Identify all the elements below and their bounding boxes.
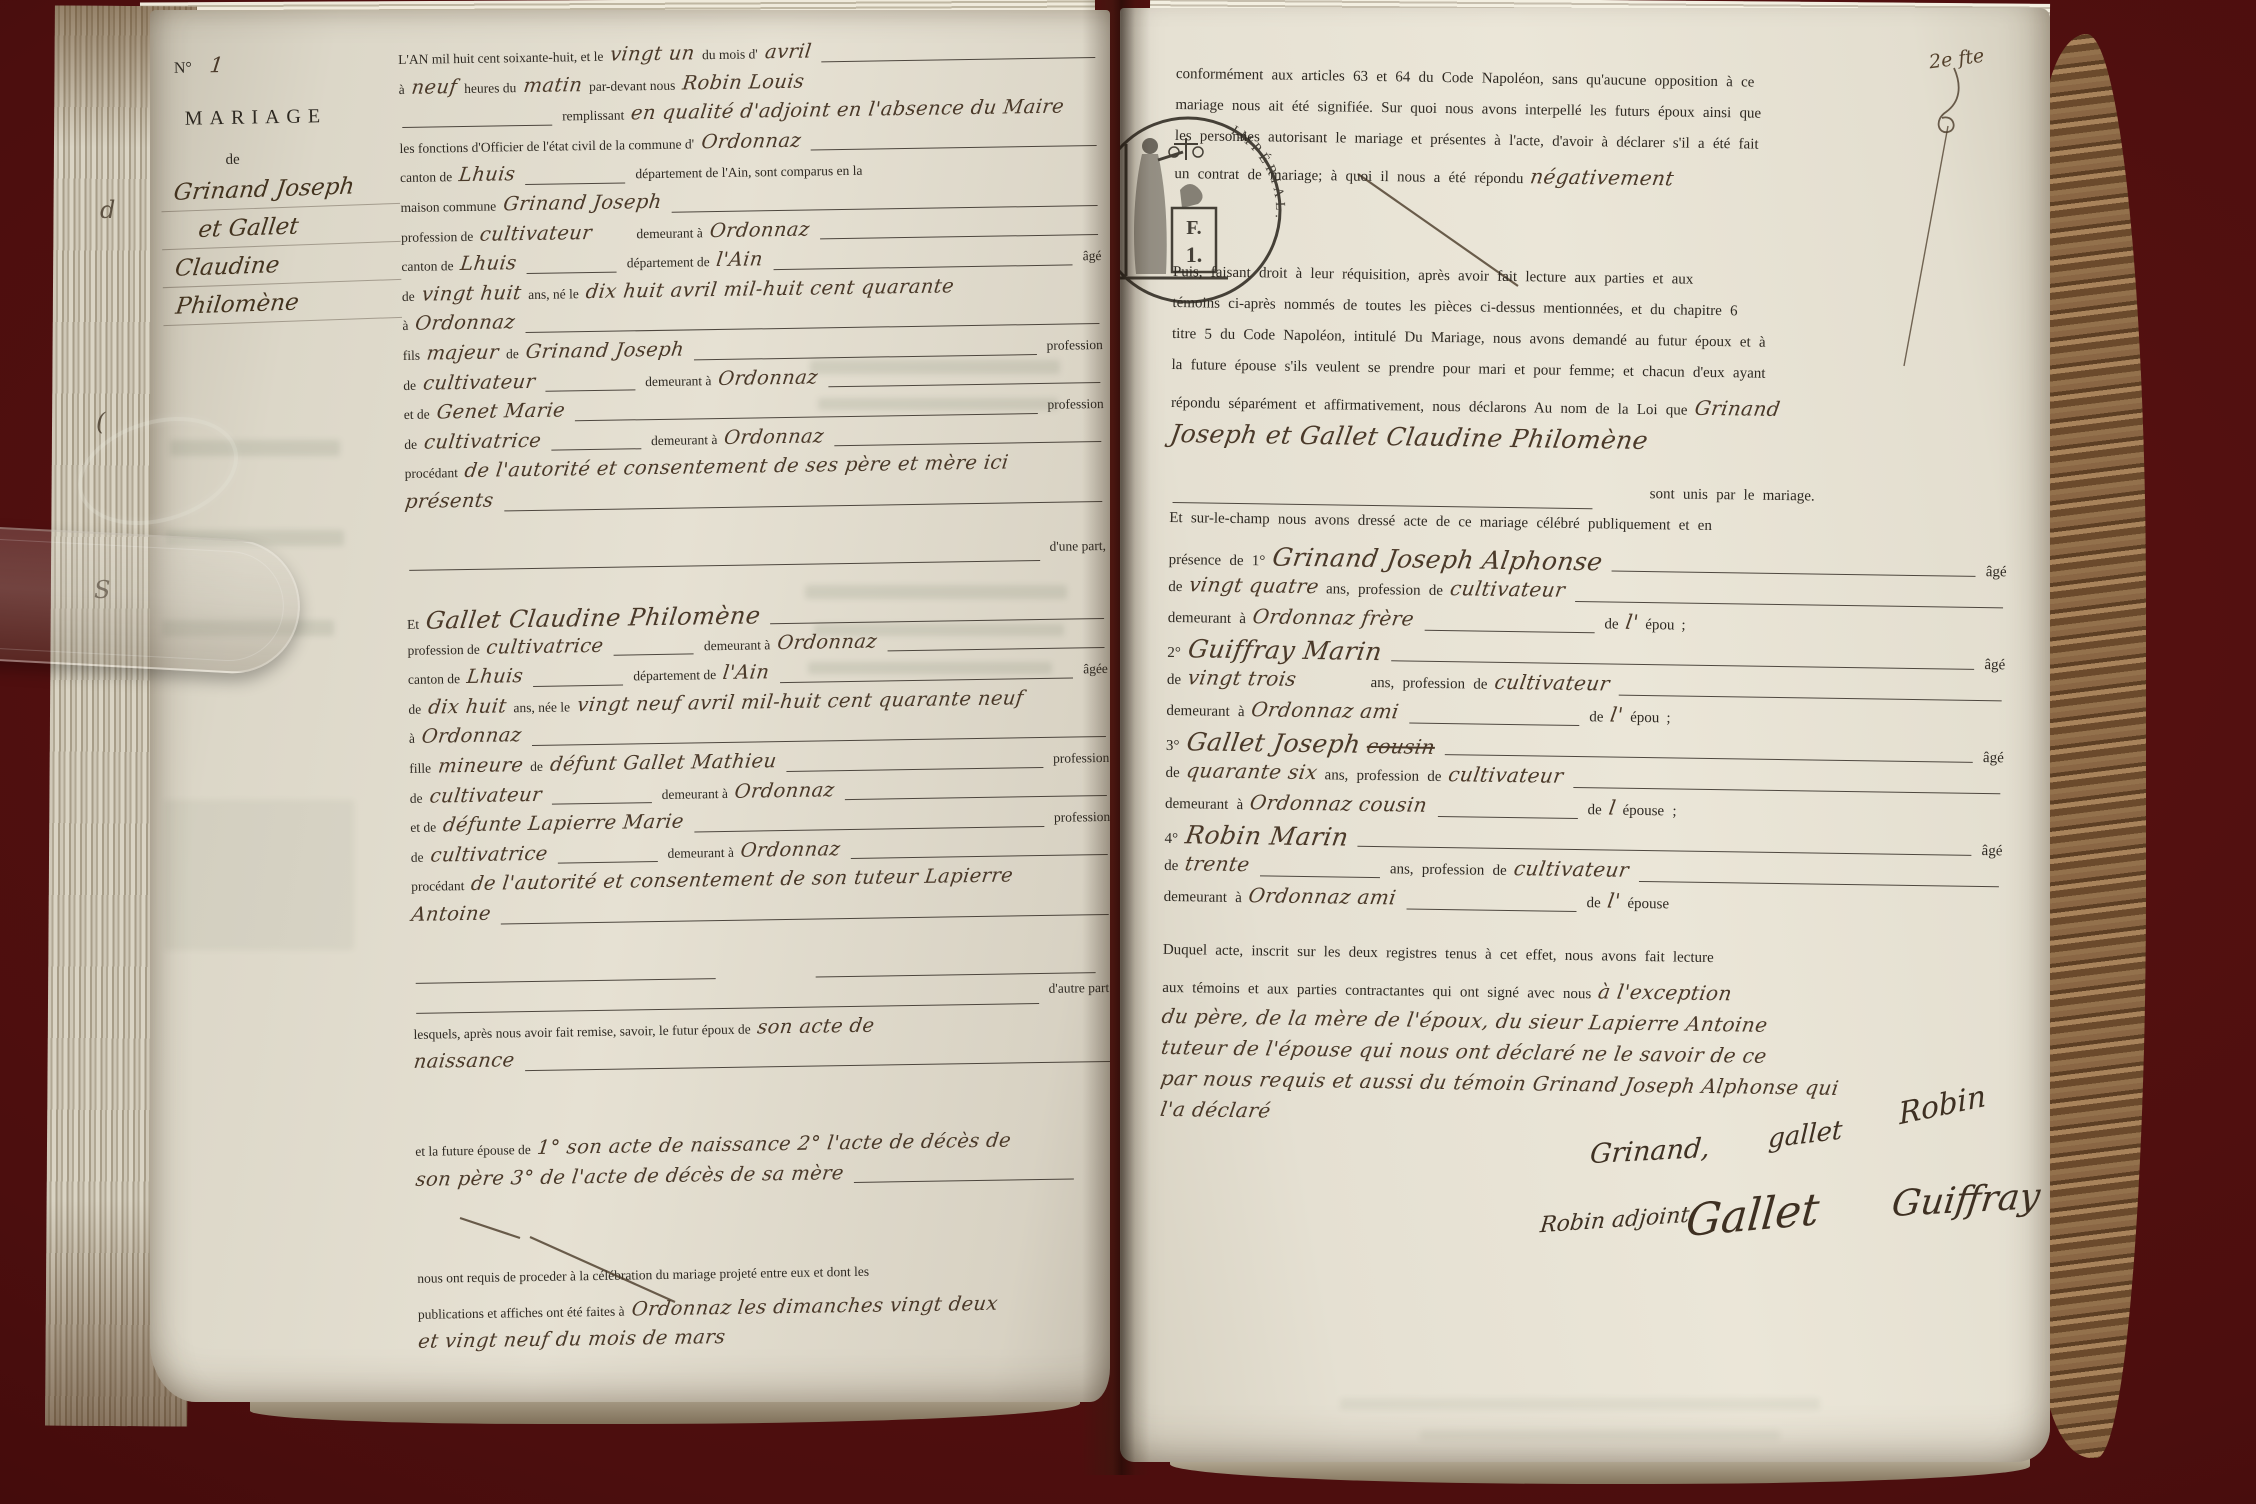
handwritten-text: Ordonnaz bbox=[414, 311, 517, 336]
printed-text: ans, profession de bbox=[1390, 861, 1507, 880]
printed-text: de bbox=[1587, 802, 1601, 819]
printed-text: Puis, faisant droit à leur réquisition, … bbox=[1173, 264, 1694, 289]
act-number: N° 1 bbox=[174, 50, 400, 78]
printed-text: de bbox=[1167, 672, 1181, 689]
photo-of-open-register-book: d ( S N° 1 MARIAGE de Grinand Joseph et … bbox=[0, 0, 2256, 1504]
printed-text: à bbox=[402, 318, 408, 334]
printed-text: à bbox=[409, 731, 415, 747]
spouse-name-line: Philomène bbox=[163, 280, 406, 326]
printed-text: de bbox=[1165, 765, 1179, 782]
rule-line bbox=[545, 388, 635, 391]
printed-text: demeurant à bbox=[667, 845, 734, 862]
handwritten-text: Ordonnaz bbox=[776, 629, 879, 654]
rule-line bbox=[820, 233, 1098, 239]
rule-line bbox=[816, 971, 1096, 977]
rule-line bbox=[694, 825, 1044, 833]
handwritten-text: Ordonnaz bbox=[723, 424, 826, 449]
pen-stroke-cancellation bbox=[450, 1210, 690, 1310]
left-page-form-body: L'AN mil huit cent soixante-huit, et lev… bbox=[398, 35, 1110, 1360]
printed-text: de bbox=[1168, 579, 1182, 596]
printed-text: et de bbox=[410, 820, 436, 836]
printed-text: département de bbox=[627, 254, 710, 271]
handwritten-text: dix huit avril mil-huit cent quarante bbox=[584, 274, 955, 303]
margin-column: N° 1 MARIAGE de Grinand Joseph et Gallet… bbox=[162, 50, 405, 324]
handwritten-text: mineure bbox=[437, 753, 525, 777]
printed-text: profession de bbox=[401, 228, 474, 245]
act-number-label: N° bbox=[174, 60, 192, 77]
handwritten-text: cultivateur bbox=[479, 221, 594, 246]
printed-text: procédant bbox=[405, 465, 458, 482]
rule-line bbox=[409, 559, 1040, 571]
handwritten-text: cultivateur bbox=[1493, 670, 1612, 696]
rule-line bbox=[828, 381, 1100, 387]
handwritten-text: Robin Marin bbox=[1183, 820, 1350, 851]
rule-line bbox=[1437, 815, 1577, 819]
handwritten-text: à l'exception bbox=[1597, 979, 1734, 1005]
printed-text: de bbox=[530, 759, 543, 775]
handwritten-text: son acte de bbox=[756, 1013, 876, 1038]
handwritten-text: l'a déclaré bbox=[1159, 1097, 1273, 1123]
printed-text: du mois d' bbox=[702, 46, 758, 63]
printed-text: canton de bbox=[401, 258, 453, 275]
rule-line bbox=[1573, 786, 2000, 794]
handwritten-text: Ordonnaz bbox=[1248, 790, 1354, 815]
handwritten-text: Robin Louis bbox=[681, 69, 806, 94]
rule-line bbox=[845, 794, 1107, 800]
printed-text: de bbox=[402, 289, 415, 305]
handwritten-text: frère bbox=[1360, 606, 1416, 631]
printed-text: âgé bbox=[1986, 564, 2007, 581]
handwritten-text: présents bbox=[404, 488, 495, 512]
printed-text: et de bbox=[404, 407, 430, 423]
handwritten-text: Ordonnaz bbox=[1251, 604, 1357, 629]
printed-text: de bbox=[1589, 709, 1603, 726]
handwritten-text: ami bbox=[1359, 699, 1401, 724]
handwritten-text: vingt un bbox=[609, 41, 697, 65]
signature: Robin adjoint bbox=[1539, 1203, 1691, 1239]
rule-line bbox=[887, 646, 1104, 651]
printed-text: demeurant à bbox=[1168, 610, 1246, 628]
rule-line bbox=[1612, 570, 1976, 577]
printed-text: par-devant nous bbox=[589, 77, 676, 94]
handwritten-text: naissance bbox=[413, 1049, 517, 1074]
handwritten-text: Ordonnaz bbox=[1247, 883, 1353, 908]
handwritten-text: défunt Gallet Mathieu bbox=[548, 749, 777, 776]
rule-line bbox=[780, 676, 1074, 683]
right-page-form-body: conformément aux articles 63 et 64 du Co… bbox=[1160, 66, 2014, 1140]
form-line: d'une part, bbox=[406, 537, 1106, 578]
printed-text: fils bbox=[403, 348, 421, 364]
handwritten-text: cultivatrice bbox=[429, 842, 549, 867]
handwritten-text: Grinand bbox=[1693, 396, 1782, 421]
handwritten-text: l'Ain bbox=[715, 247, 764, 271]
handwritten-text: quarante six bbox=[1185, 758, 1320, 784]
bleed-through-text bbox=[1340, 1398, 1820, 1410]
rule-line bbox=[1409, 722, 1579, 727]
left-page: N° 1 MARIAGE de Grinand Joseph et Gallet… bbox=[150, 10, 1110, 1402]
handwritten-text: cultivateur bbox=[1512, 856, 1631, 882]
printed-text: fille bbox=[409, 761, 431, 777]
rule-line bbox=[527, 270, 617, 273]
rule-line bbox=[672, 204, 1098, 213]
printed-text: de bbox=[1586, 895, 1600, 912]
printed-text: épouse ; bbox=[1622, 803, 1676, 821]
printed-text: lesquels, après nous avoir fait remise, … bbox=[413, 1021, 750, 1042]
handwritten-text: Ordonnaz bbox=[700, 128, 803, 153]
handwritten-text: cultivateur bbox=[428, 782, 543, 807]
rule-line bbox=[834, 440, 1101, 446]
rule-line bbox=[1638, 880, 1998, 887]
printed-text: d'autre part; bbox=[1048, 980, 1110, 997]
printed-text: canton de bbox=[400, 170, 452, 187]
printed-text: âgé bbox=[1083, 248, 1102, 264]
book-fore-edge-marbled-right bbox=[2042, 34, 2146, 1458]
spacer bbox=[1303, 686, 1363, 687]
rule-line bbox=[525, 1060, 1110, 1071]
handwritten-text: Ordonnaz bbox=[1250, 697, 1356, 722]
printed-text: 3° bbox=[1166, 738, 1180, 755]
signature: Gallet bbox=[1684, 1184, 1821, 1247]
rule-line bbox=[854, 1178, 1074, 1183]
handwritten-text: négativement bbox=[1529, 164, 1676, 190]
handwritten-text: l'Ain bbox=[722, 660, 771, 684]
rule-line bbox=[533, 683, 623, 686]
handwritten-text: cultivateur bbox=[422, 369, 537, 394]
ink-mark-on-edge: d bbox=[100, 196, 115, 224]
printed-text: remplissant bbox=[562, 108, 624, 125]
printed-text: de bbox=[404, 436, 417, 452]
handwritten-text: l' bbox=[1609, 703, 1625, 727]
printed-text: âgé bbox=[1983, 750, 2004, 767]
printed-text: maison commune bbox=[400, 198, 496, 215]
rule-line bbox=[1575, 600, 2003, 608]
rule-line bbox=[811, 144, 1097, 150]
signature: Grinand, bbox=[1589, 1133, 1711, 1170]
act-number-value: 1 bbox=[208, 53, 225, 77]
printed-text: demeurant à bbox=[651, 432, 718, 449]
printed-text: de bbox=[1604, 616, 1618, 633]
printed-text: demeurant à bbox=[636, 225, 703, 242]
printed-text: aux témoins et aux parties contractantes… bbox=[1162, 980, 1591, 1003]
rule-line bbox=[504, 499, 1102, 510]
printed-text: demeurant à bbox=[662, 786, 729, 803]
rule-line bbox=[575, 412, 1038, 421]
rule-line bbox=[614, 653, 694, 656]
rule-line bbox=[1260, 874, 1380, 878]
handwritten-text: vingt huit bbox=[420, 281, 522, 306]
printed-text: à bbox=[399, 81, 405, 97]
handwritten-text: Grinand Joseph Alphonse bbox=[1270, 543, 1604, 577]
printed-text: profession de bbox=[407, 641, 480, 658]
rule-line bbox=[1424, 629, 1594, 634]
rule-line bbox=[1391, 659, 1974, 670]
printed-text: ans, née le bbox=[513, 699, 570, 716]
printed-text: sont unis par le mariage. bbox=[1650, 486, 1815, 505]
printed-text: profession bbox=[1046, 337, 1102, 354]
rule-line bbox=[552, 801, 652, 805]
handwritten-text: neuf bbox=[410, 75, 458, 99]
printed-text: un contrat de mariage; à quoi il nous a … bbox=[1174, 166, 1523, 188]
handwritten-text: cultivatrice bbox=[485, 634, 605, 659]
magnifier-handle bbox=[0, 525, 303, 676]
spouses-names-block: Grinand Joseph et Gallet Claudine Philom… bbox=[164, 168, 405, 324]
handwritten-text: Gallet Claudine Philomène bbox=[424, 601, 762, 634]
printed-text: demeurant à bbox=[704, 637, 771, 654]
printed-text: département de bbox=[633, 667, 716, 684]
handwritten-text: les dimanches vingt deux bbox=[737, 1291, 1000, 1318]
handwritten-text: cultivateur bbox=[1448, 576, 1567, 602]
rule-line bbox=[402, 123, 552, 127]
rule-line bbox=[786, 766, 1043, 772]
rule-line bbox=[771, 617, 1105, 624]
printed-text: épou bbox=[1645, 617, 1674, 634]
printed-text: de bbox=[506, 346, 519, 362]
handwritten-text: Lhuis bbox=[466, 664, 525, 688]
rule-line bbox=[694, 353, 1036, 360]
printed-text: demeurant à bbox=[1166, 703, 1244, 721]
handwritten-text: défunte Lapierre Marie bbox=[442, 810, 685, 837]
printed-text: âgée bbox=[1083, 661, 1108, 677]
printed-text: demeurant à bbox=[1165, 796, 1243, 814]
signature: Guiffray bbox=[1890, 1176, 2043, 1225]
printed-text: canton de bbox=[408, 671, 460, 688]
rule-line bbox=[1173, 501, 1593, 509]
printed-text: ans, profession de bbox=[1326, 581, 1443, 600]
printed-text: ans, profession de bbox=[1370, 675, 1487, 694]
printed-text: profession bbox=[1054, 809, 1110, 826]
printed-text: 4° bbox=[1164, 831, 1178, 848]
handwritten-text: Grinand Joseph bbox=[524, 337, 685, 363]
handwritten-text: dix huit bbox=[427, 694, 508, 718]
handwritten-text: ami bbox=[1356, 885, 1398, 910]
spacer bbox=[725, 955, 805, 956]
rule-line bbox=[1406, 908, 1576, 913]
rule-line bbox=[1445, 753, 1973, 763]
handwritten-text: Ordonnaz bbox=[717, 365, 820, 390]
handwritten-text: majeur bbox=[426, 340, 501, 364]
rule-line bbox=[501, 913, 1109, 925]
printed-text: de bbox=[408, 702, 421, 718]
handwritten-text: trente bbox=[1183, 851, 1251, 876]
printed-text: demeurant à bbox=[645, 373, 712, 390]
printed-text: département de l'Ain, sont comparus en l… bbox=[635, 163, 862, 183]
printed-text: Duquel acte, inscrit sur les deux regist… bbox=[1163, 942, 1714, 967]
rule-line bbox=[416, 977, 716, 984]
printed-text: L'AN mil huit cent soixante-huit, et le bbox=[398, 49, 603, 68]
printed-text: procédant bbox=[411, 878, 464, 895]
printed-text: 2° bbox=[1167, 645, 1181, 662]
printed-text: âgé bbox=[1981, 843, 2002, 860]
printed-text: présence de 1° bbox=[1169, 552, 1266, 570]
handwritten-text: Ordonnaz bbox=[733, 778, 836, 803]
rule-line bbox=[526, 181, 626, 185]
printed-text: répondu séparément et affirmativement, n… bbox=[1171, 395, 1688, 420]
printed-text: conformément aux articles 63 et 64 du Co… bbox=[1176, 66, 1755, 92]
handwritten-text: Ordonnaz bbox=[708, 217, 811, 242]
rule-line bbox=[1619, 694, 2002, 702]
rule-line bbox=[773, 263, 1073, 270]
printed-text: de bbox=[403, 377, 416, 393]
printed-text: ans, né le bbox=[528, 286, 579, 303]
handwritten-text: Grinand Joseph bbox=[502, 190, 663, 216]
printed-text: de bbox=[411, 850, 424, 866]
spacer bbox=[1603, 497, 1643, 498]
printed-text: de bbox=[410, 790, 423, 806]
rule-line bbox=[851, 853, 1108, 859]
handwritten-text: Gallet Joseph bbox=[1184, 727, 1362, 759]
handwritten-text: l bbox=[1607, 796, 1618, 820]
handwritten-text: cultivatrice bbox=[423, 428, 543, 453]
handwritten-text: vingt quatre bbox=[1188, 572, 1321, 598]
printed-text: profession bbox=[1047, 396, 1103, 413]
printed-text: épou bbox=[1630, 710, 1659, 727]
handwritten-text: et vingt neuf du mois de mars bbox=[417, 1325, 727, 1353]
handwritten-text: l' bbox=[1606, 889, 1622, 913]
bleed-through-text bbox=[1420, 1430, 1780, 1440]
printed-text: ; bbox=[1681, 618, 1685, 635]
act-title: MARIAGE bbox=[185, 104, 401, 131]
printed-text: de bbox=[1164, 858, 1178, 875]
printed-text: d'une part, bbox=[1049, 537, 1106, 554]
printed-text: heures du bbox=[464, 80, 516, 97]
handwritten-text: Ordonnaz bbox=[420, 724, 523, 749]
handwritten-text: Ordonnaz bbox=[739, 837, 842, 862]
handwritten-text: Lhuis bbox=[459, 251, 518, 275]
printed-text: ans, profession de bbox=[1324, 767, 1441, 786]
handwritten-text: Guiffray Marin bbox=[1186, 634, 1384, 666]
printed-text: ; bbox=[1666, 710, 1670, 727]
ink-mark-on-edge: ( bbox=[96, 408, 105, 436]
printed-text: épouse bbox=[1627, 896, 1669, 914]
handwritten-text: Lhuis bbox=[458, 163, 517, 187]
handwritten-text: 1° son acte de naissance 2° l'acte de dé… bbox=[536, 1128, 1013, 1158]
handwritten-text: cousin bbox=[1358, 792, 1430, 817]
bleed-through-text bbox=[164, 800, 354, 950]
handwritten-text: cultivateur bbox=[1447, 762, 1566, 788]
handwritten-text: Joseph et Gallet Claudine Philomène bbox=[1168, 419, 1650, 455]
handwritten-text: l' bbox=[1624, 610, 1640, 634]
rule-line bbox=[558, 860, 658, 864]
handwritten-text: Genet Marie bbox=[435, 399, 566, 424]
rule-line bbox=[551, 448, 641, 451]
handwritten-text: Antoine bbox=[410, 902, 492, 926]
printed-text: les fonctions d'Officier de l'état civil… bbox=[399, 136, 694, 157]
handwritten-text-struck: cousin bbox=[1365, 734, 1437, 759]
printed-text: profession bbox=[1053, 750, 1109, 767]
handwritten-text: avril bbox=[763, 39, 812, 63]
rule-line bbox=[821, 56, 1095, 62]
printed-text: demeurant à bbox=[1164, 889, 1242, 907]
right-page: IMPÉRIAL. TIMBRE F. 1. 2 bbox=[1120, 8, 2050, 1462]
printed-text: âgé bbox=[1984, 657, 2005, 674]
handwritten-text: matin bbox=[522, 73, 584, 97]
printed-text: et la future épouse de bbox=[415, 1142, 531, 1160]
handwritten-text: vingt trois bbox=[1186, 665, 1298, 691]
printed-text: Et bbox=[407, 617, 419, 633]
